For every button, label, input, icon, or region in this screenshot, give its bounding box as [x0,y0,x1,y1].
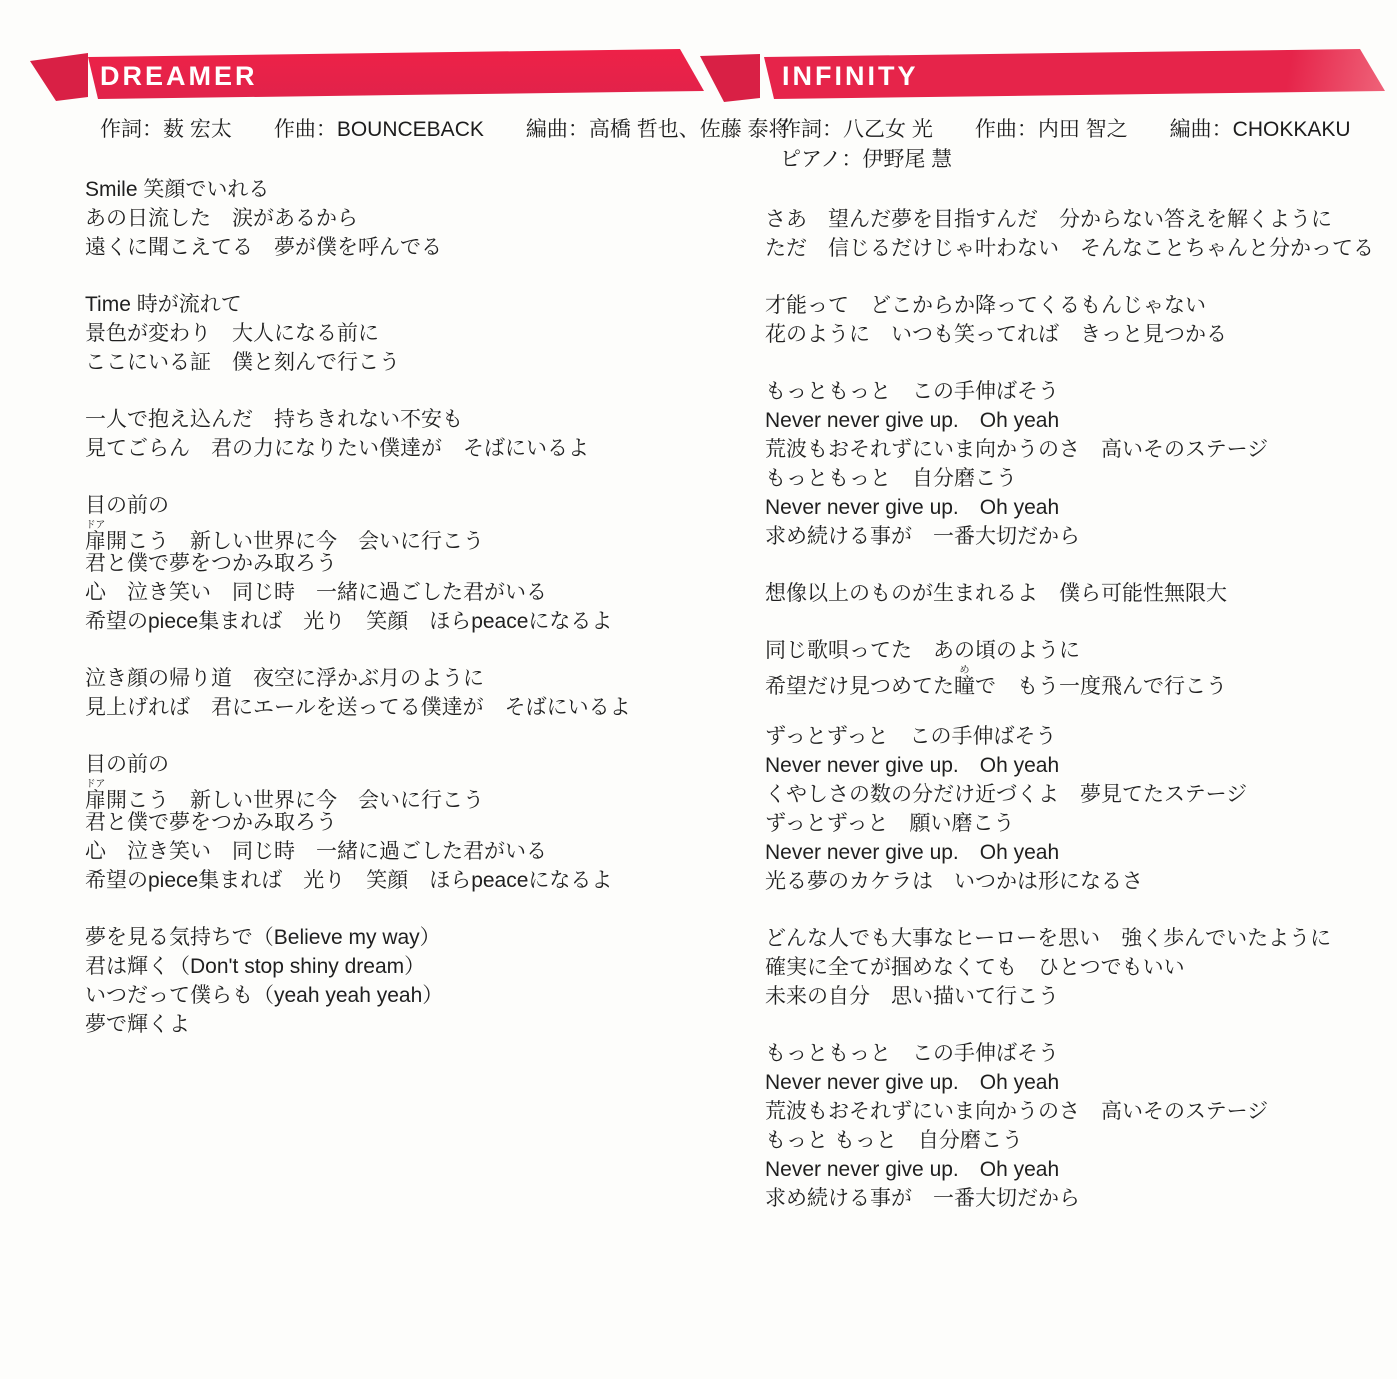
title-ribbon: INFINITY [710,45,1397,103]
stanza: 一人で抱え込んだ 持ちきれない不安も見てごらん 君の力になりたい僕達が そばにい… [85,405,702,463]
lyric-line: 希望だけ見つめてた瞳めで もう一度飛んで行こう [765,665,1397,694]
credit-line: 作詞：薮 宏太 作曲：BOUNCEBACK 編曲：高橋 哲也、佐藤 泰将 [100,115,702,145]
stanza: ずっとずっと この手伸ばそうNever never give up. Oh ye… [765,722,1397,896]
lyric-line: もっと もっと 自分磨こう [765,1126,1397,1155]
lyric-line: Time 時が流れて [85,290,702,319]
lyric-line: Never never give up. Oh yeah [765,493,1397,522]
credit-line: 作詞：八乙女 光 作曲：内田 智之 編曲：CHOKKAKU [780,115,1397,145]
lyric-line: いつだって僕らも（yeah yeah yeah） [85,981,702,1010]
credit-line: ピアノ：伊野尾 慧 [780,145,1397,175]
song-dreamer: DREAMER 作詞：薮 宏太 作曲：BOUNCEBACK 編曲：高橋 哲也、佐… [30,45,702,1067]
lyric-line: 確実に全てが掴めなくても ひとつでもいい [765,953,1397,982]
lyric-line: どんな人でも大事なヒーローを思い 強く歩んでいたように [765,924,1397,953]
lyric-line: ずっとずっと この手伸ばそう [765,722,1397,751]
lyric-line: くやしさの数の分だけ近づくよ 夢見てたステージ [765,780,1397,809]
lyric-line: あの日流した 涙があるから [85,204,702,233]
lyric-line: 君は輝く（Don't stop shiny dream） [85,952,702,981]
lyric-line: 夢を見る気持ちで（Believe my way） [85,923,702,952]
lyric-line: 目の前の [85,491,702,520]
lyric-line: 心 泣き笑い 同じ時 一緒に過ごした君がいる [85,578,702,607]
ribbon-tail-icon [30,51,88,103]
lyric-line: 同じ歌唄ってた あの頃のように [765,636,1397,665]
lyric-line: 遠くに聞こえてる 夢が僕を呼んでる [85,233,702,262]
lyric-line: 景色が変わり 大人になる前に [85,319,702,348]
song-credits: 作詞：薮 宏太 作曲：BOUNCEBACK 編曲：高橋 哲也、佐藤 泰将 [100,115,702,145]
lyric-line: Never never give up. Oh yeah [765,838,1397,867]
lyric-line: ずっとずっと 願い磨こう [765,809,1397,838]
lyric-line: 荒波もおそれずにいま向かうのさ 高いそのステージ [765,1097,1397,1126]
lyric-line: 見てごらん 君の力になりたい僕達が そばにいるよ [85,434,702,463]
lyric-line: もっともっと 自分磨こう [765,464,1397,493]
lyric-line: 泣き顔の帰り道 夜空に浮かぶ月のように [85,664,702,693]
stanza: Smile 笑顔でいれるあの日流した 涙があるから遠くに聞こえてる 夢が僕を呼ん… [85,175,702,262]
song-credits: 作詞：八乙女 光 作曲：内田 智之 編曲：CHOKKAKUピアノ：伊野尾 慧 [780,115,1397,175]
lyric-line: Never never give up. Oh yeah [765,406,1397,435]
stanza: 才能って どこからか降ってくるもんじゃない花のように いつも笑ってれば きっと見… [765,291,1397,349]
lyric-line: もっともっと この手伸ばそう [765,1039,1397,1068]
lyric-line: 未来の自分 思い描いて行こう [765,982,1397,1011]
lyric-line: さあ 望んだ夢を目指すんだ 分からない答えを解くように [765,205,1397,234]
lyric-line: 花のように いつも笑ってれば きっと見つかる [765,320,1397,349]
lyric-line: 扉ドア開こう 新しい世界に今 会いに行こう [85,520,702,549]
stanza: 目の前の扉ドア開こう 新しい世界に今 会いに行こう君と僕で夢をつかみ取ろう心 泣… [85,491,702,636]
stanza: 泣き顔の帰り道 夜空に浮かぶ月のように見上げれば 君にエールを送ってる僕達が そ… [85,664,702,722]
stanza: もっともっと この手伸ばそうNever never give up. Oh ye… [765,377,1397,551]
song-lyrics: さあ 望んだ夢を目指すんだ 分からない答えを解くようにただ 信じるだけじゃ叶わな… [765,205,1397,1213]
song-infinity: INFINITY 作詞：八乙女 光 作曲：内田 智之 編曲：CHOKKAKUピア… [710,45,1397,1241]
lyric-line: 扉ドア開こう 新しい世界に今 会いに行こう [85,779,702,808]
lyric-line: 心 泣き笑い 同じ時 一緒に過ごした君がいる [85,837,702,866]
lyric-line: 荒波もおそれずにいま向かうのさ 高いそのステージ [765,435,1397,464]
lyric-line: 希望のpiece集まれば 光り 笑顔 ほらpeaceになるよ [85,866,702,895]
song-lyrics: Smile 笑顔でいれるあの日流した 涙があるから遠くに聞こえてる 夢が僕を呼ん… [85,175,702,1039]
stanza: 同じ歌唄ってた あの頃のように希望だけ見つめてた瞳めで もう一度飛んで行こう [765,636,1397,694]
lyric-line: Never never give up. Oh yeah [765,1155,1397,1184]
lyric-line: 夢で輝くよ [85,1010,702,1039]
lyric-line: ただ 信じるだけじゃ叶わない そんなことちゃんと分かってる [765,234,1397,263]
lyric-line: ここにいる証 僕と刻んで行こう [85,348,702,377]
song-title: DREAMER [100,61,258,92]
ribbon-tail-icon [700,50,760,102]
lyric-line: 想像以上のものが生まれるよ 僕ら可能性無限大 [765,579,1397,608]
lyric-line: 目の前の [85,750,702,779]
furigana: 瞳め [954,675,975,698]
title-ribbon: DREAMER [30,45,702,103]
lyric-line: Smile 笑顔でいれる [85,175,702,204]
stanza: もっともっと この手伸ばそうNever never give up. Oh ye… [765,1039,1397,1213]
lyric-line: Never never give up. Oh yeah [765,1068,1397,1097]
song-title: INFINITY [782,61,919,92]
lyric-line: 求め続ける事が 一番大切だから [765,522,1397,551]
stanza: Time 時が流れて景色が変わり 大人になる前にここにいる証 僕と刻んで行こう [85,290,702,377]
stanza: さあ 望んだ夢を目指すんだ 分からない答えを解くようにただ 信じるだけじゃ叶わな… [765,205,1397,263]
lyric-line: 求め続ける事が 一番大切だから [765,1184,1397,1213]
lyric-line: 才能って どこからか降ってくるもんじゃない [765,291,1397,320]
stanza: どんな人でも大事なヒーローを思い 強く歩んでいたように確実に全てが掴めなくても … [765,924,1397,1011]
lyric-line: 希望のpiece集まれば 光り 笑顔 ほらpeaceになるよ [85,607,702,636]
lyric-line: Never never give up. Oh yeah [765,751,1397,780]
stanza: 想像以上のものが生まれるよ 僕ら可能性無限大 [765,579,1397,608]
lyric-line: 見上げれば 君にエールを送ってる僕達が そばにいるよ [85,693,702,722]
lyric-line: 一人で抱え込んだ 持ちきれない不安も [85,405,702,434]
lyric-line: もっともっと この手伸ばそう [765,377,1397,406]
stanza: 目の前の扉ドア開こう 新しい世界に今 会いに行こう君と僕で夢をつかみ取ろう心 泣… [85,750,702,895]
stanza: 夢を見る気持ちで（Believe my way）君は輝く（Don't stop … [85,923,702,1039]
lyric-line: 光る夢のカケラは いつかは形になるさ [765,867,1397,896]
